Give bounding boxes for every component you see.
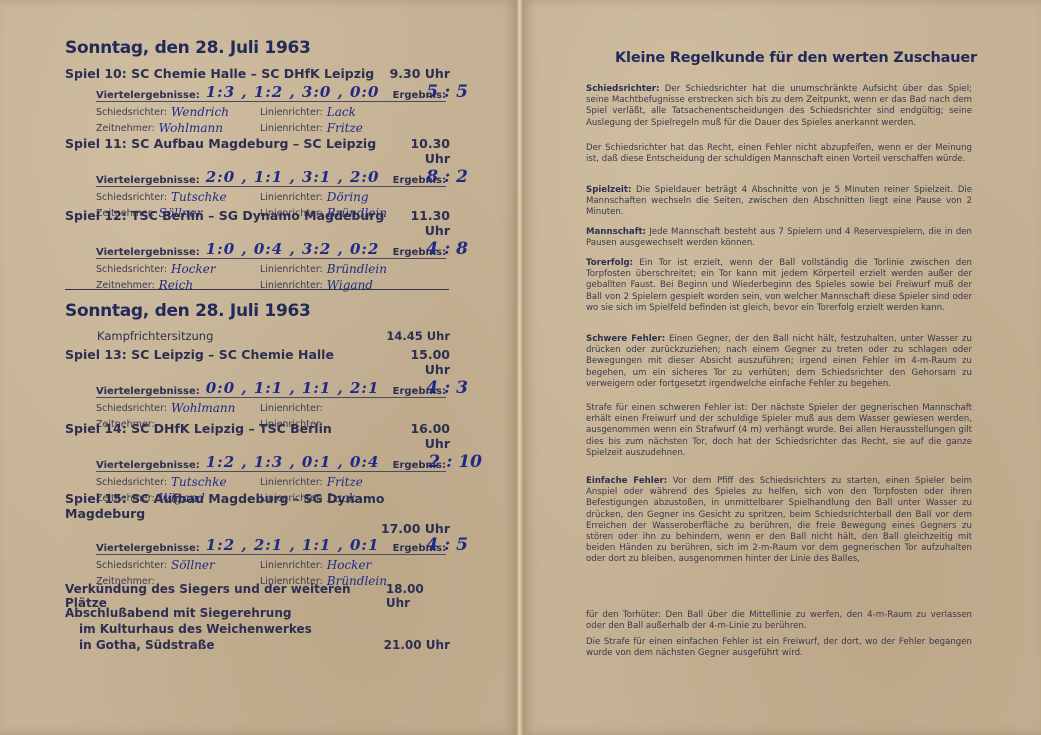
rules-title: Kleine Regelkunde für den werten Zuschau… xyxy=(596,50,996,66)
booklet-spine xyxy=(516,0,524,735)
quarter-scores: 1:0 , 0:4 , 3:2 , 0:2 xyxy=(200,240,393,258)
game-time: 9.30 Uhr xyxy=(388,66,450,81)
game-time: 16.00 Uhr xyxy=(388,421,450,451)
quarter-results: Viertelergebnisse: 1:2 , 1:3 , 0:1 , 0:4… xyxy=(96,453,446,472)
linesman-name: Bründlein xyxy=(327,262,387,276)
rule-goal: Torerfolg: Ein Tor ist erzielt, wenn der… xyxy=(586,258,972,314)
quarter-results: Viertelergebnisse: 1:3 , 1:2 , 3:0 , 0:0… xyxy=(96,83,446,102)
game-time: 15.00 Uhr xyxy=(388,347,450,377)
linesman-name: Lack xyxy=(327,105,356,119)
final-score: 8 : 2 xyxy=(426,167,468,187)
game-label: Spiel 14: SC DHfK Leipzig – TSC Berlin xyxy=(65,421,332,451)
game-block-12: Spiel 12: TSC Berlin – SG Dynamo Magdebu… xyxy=(65,208,450,293)
quarter-scores: 2:0 , 1:1 , 3:1 , 2:0 xyxy=(200,168,393,186)
final-score: 4 : 8 xyxy=(426,239,468,259)
quarter-results: Viertelergebnisse: 2:0 , 1:1 , 3:1 , 2:0… xyxy=(96,168,446,187)
linesman-name: Fritze xyxy=(327,475,363,489)
game-label: Spiel 10: SC Chemie Halle – SC DHfK Leip… xyxy=(65,66,374,81)
game-time: 11.30 Uhr xyxy=(388,208,450,238)
judges-meeting: Kampfrichtersitzung 14.45 Uhr xyxy=(97,329,450,343)
final-score: 4 : 3 xyxy=(426,378,468,398)
linesman-name: Fritze xyxy=(327,121,363,135)
rule-major-foul-penalty: Strafe für einen schweren Fehler ist: De… xyxy=(586,403,972,459)
game-block-13: Spiel 13: SC Leipzig – SC Chemie Halle15… xyxy=(65,347,450,432)
rule-major-fouls: Schwere Fehler: Einen Gegner, der den Ba… xyxy=(586,334,972,390)
rule-team: Mannschaft: Jede Mannschaft besteht aus … xyxy=(586,227,972,249)
day-title: Sonntag, den 28. Juli 1963 xyxy=(65,38,311,58)
rule-minor-fouls: Einfache Fehler: Vor dem Pfiff des Schie… xyxy=(586,476,972,566)
referee-name: Söllner xyxy=(171,558,215,572)
timekeeper-name: Wohlmann xyxy=(159,121,223,135)
referee-name: Wohlmann xyxy=(171,401,235,415)
referee-name: Tutschke xyxy=(171,475,227,489)
quarter-scores: 1:3 , 1:2 , 3:0 , 0:0 xyxy=(200,83,393,101)
final-score: 5 : 5 xyxy=(426,82,468,102)
game-time: 17.00 Uhr xyxy=(65,521,450,536)
rule-goalkeeper: für den Torhüter: Den Ball über die Mitt… xyxy=(586,610,972,632)
referee-name: Tutschke xyxy=(171,190,227,204)
quarter-results: Viertelergebnisse: 1:2 , 2:1 , 1:1 , 0:1… xyxy=(96,536,446,555)
game-label: Spiel 11: SC Aufbau Magdeburg – SC Leipz… xyxy=(65,136,376,166)
game-block-10: Spiel 10: SC Chemie Halle – SC DHfK Leip… xyxy=(65,66,450,136)
quarter-scores: 0:0 , 1:1 , 1:1 , 2:1 xyxy=(200,379,393,397)
final-score: 4 : 5 xyxy=(426,535,468,555)
game-time: 10.30 Uhr xyxy=(388,136,450,166)
section-divider xyxy=(65,289,449,290)
rule-playing-time: Spielzeit: Die Spieldauer beträgt 4 Absc… xyxy=(586,185,972,219)
rule-referee: Schiedsrichter: Der Schiedsrichter hat d… xyxy=(586,84,972,129)
officials: Schiedsrichter:Wendrich Linienrichter:La… xyxy=(96,104,450,136)
quarter-results: Viertelergebnisse: 0:0 , 1:1 , 1:1 , 2:1… xyxy=(96,379,446,398)
quarter-scores: 1:2 , 1:3 , 0:1 , 0:4 xyxy=(200,453,393,471)
game-label: Spiel 13: SC Leipzig – SC Chemie Halle xyxy=(65,347,334,377)
quarter-results: Viertelergebnisse: 1:0 , 0:4 , 3:2 , 0:2… xyxy=(96,240,446,259)
final-score: 2 : 10 xyxy=(428,452,482,472)
rule-minor-foul-penalty: Die Strafe für einen einfachen Fehler is… xyxy=(586,637,972,659)
game-label: Spiel 15: SC Aufbau Magdeburg – SG Dynam… xyxy=(65,491,450,521)
referee-name: Wendrich xyxy=(171,105,229,119)
game-block-15: Spiel 15: SC Aufbau Magdeburg – SG Dynam… xyxy=(65,491,450,589)
day-title: Sonntag, den 28. Juli 1963 xyxy=(65,301,311,321)
game-label: Spiel 12: TSC Berlin – SG Dynamo Magdebu… xyxy=(65,208,384,238)
linesman-name: Hocker xyxy=(327,558,372,572)
closing-evening: Abschlußabend mit Siegerehrung im Kultur… xyxy=(65,605,450,653)
rule-referee-advantage: Der Schiedsrichter hat das Recht, einen … xyxy=(586,143,972,165)
quarter-scores: 1:2 , 2:1 , 1:1 , 0:1 xyxy=(200,536,393,554)
linesman-name: Döring xyxy=(327,190,369,204)
referee-name: Hocker xyxy=(171,262,216,276)
